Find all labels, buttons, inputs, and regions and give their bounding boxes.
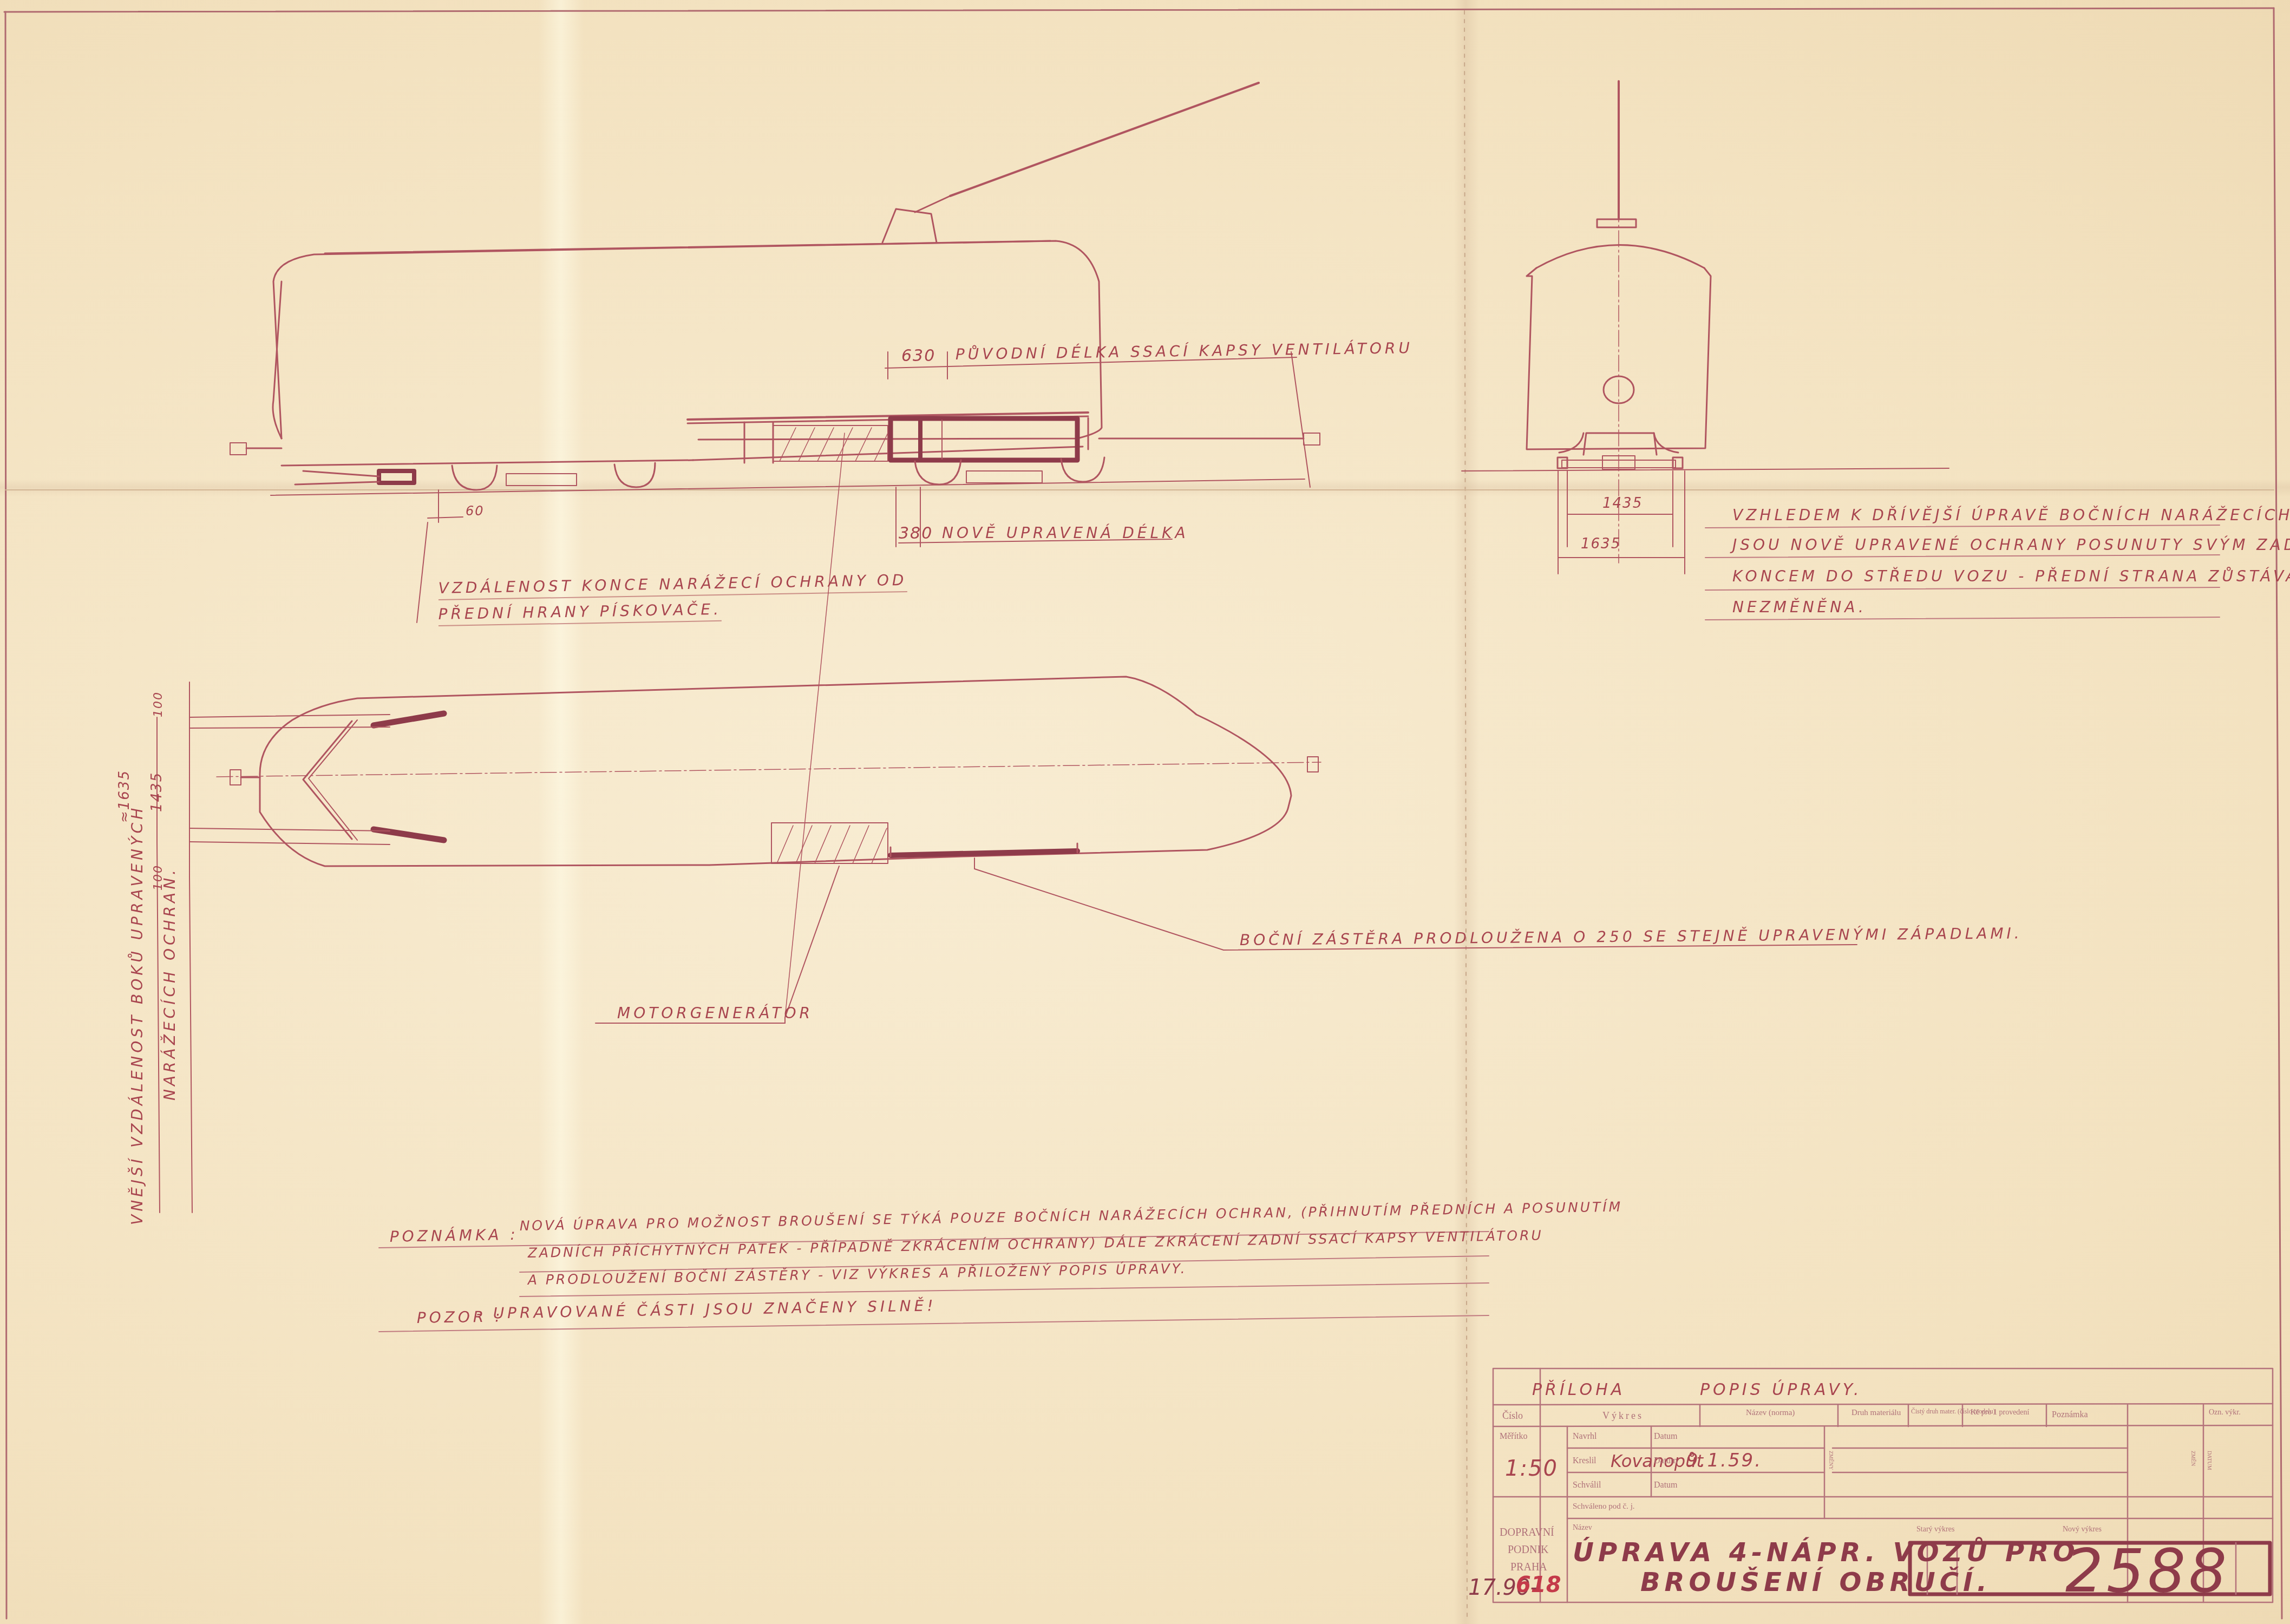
dim-1635-front: 1635: [1581, 536, 1621, 552]
datum-value: 9.1.59.: [1686, 1450, 1762, 1471]
dim-100-top: 100: [152, 691, 165, 717]
fold-line-vertical: [1464, 11, 1467, 1619]
org-line2: PODNIK: [1508, 1544, 1549, 1556]
vertical-note-line2: NARÁŽECÍCH OCHRAN.: [161, 867, 179, 1101]
dim-630: 630: [901, 346, 935, 365]
sheet-border: [4, 8, 2282, 1619]
label-new-length: NOVĚ UPRAVENÁ DÉLKA: [942, 524, 1189, 542]
org-line3: PRAHA: [1510, 1561, 1547, 1574]
dim-380: 380: [899, 524, 933, 543]
kreslil-label: Kreslil: [1573, 1456, 1597, 1466]
changes-vertical-label-2: ZMĚN: [2190, 1451, 2196, 1466]
vertical-note-line1: VNĚJŠÍ VZDÁLENOST BOKŮ UPRAVENÝCH: [128, 805, 146, 1225]
drawing-number: 2588: [2065, 1536, 2230, 1606]
old-drawing-label: Starý výkres: [1916, 1525, 1954, 1534]
schvalil-label: Schválil: [1573, 1481, 1601, 1490]
changes-vertical-label: ZMĚNY: [1828, 1451, 1834, 1470]
front-view-tram: [1462, 81, 1949, 574]
dim-1435-front: 1435: [1602, 495, 1643, 512]
header-vykres: Výkres: [1602, 1410, 1644, 1422]
archive-mark-suffix: 618: [1516, 1573, 1561, 1597]
drawing-linework: [0, 0, 2290, 1624]
front-note-line3: KONCEM DO STŘEDU VOZU - PŘEDNÍ STRANA ZŮ…: [1732, 567, 2290, 585]
front-note-line2: JSOU NOVĚ UPRAVENÉ OCHRANY POSUNUTY SVÝM…: [1732, 536, 2290, 554]
scale-value: 1:50: [1505, 1456, 1558, 1481]
navrhl-label: Navrhl: [1573, 1432, 1597, 1442]
scale-label: Měřítko: [1500, 1432, 1528, 1442]
drawing-title-line2: BROUŠENÍ OBRUČÍ.: [1640, 1567, 1991, 1597]
header-ozn: Ozn. výkr.: [2209, 1409, 2241, 1417]
org-line1: DOPRAVNÍ: [1500, 1527, 1554, 1539]
date-vertical-label: DATUM: [2206, 1451, 2212, 1470]
motorgenerator-label: MOTORGENERÁTOR: [617, 1004, 813, 1022]
header-nazev: Název (norma): [1746, 1409, 1795, 1418]
header-price: Kč pro 1 provedení: [1971, 1409, 2029, 1417]
front-note-line1: VZHLEDEM K DŘÍVĚJŠÍ ÚPRAVĚ BOČNÍCH NARÁŽ…: [1732, 506, 2290, 524]
attachment-label: PŘÍLOHA: [1532, 1380, 1625, 1399]
attachment-value: POPIS ÚPRAVY.: [1700, 1380, 1862, 1399]
header-material: Druh materiálu: [1851, 1409, 1901, 1418]
name-label: Název: [1573, 1524, 1592, 1533]
dim-1435-plan: 1435: [149, 772, 165, 812]
datum-label-1: Datum: [1654, 1432, 1678, 1442]
header-cislo: Číslo: [1502, 1410, 1523, 1422]
front-note-line4: NEZMĚNĚNA.: [1732, 598, 1867, 616]
notes-label: POZNÁMKA :: [389, 1226, 519, 1246]
datum-label-2: Datum: [1654, 1456, 1678, 1466]
approved-under-label: Schváleno pod č. j.: [1573, 1502, 1635, 1511]
dim-60: 60: [466, 503, 485, 519]
header-poznamka: Poznámka: [2052, 1410, 2088, 1420]
drawing-title-line1: ÚPRAVA 4-NÁPR. VOZŮ PRO: [1573, 1537, 2079, 1568]
datum-label-3: Datum: [1654, 1481, 1678, 1490]
new-drawing-label: Nový výkres: [2063, 1525, 2102, 1534]
